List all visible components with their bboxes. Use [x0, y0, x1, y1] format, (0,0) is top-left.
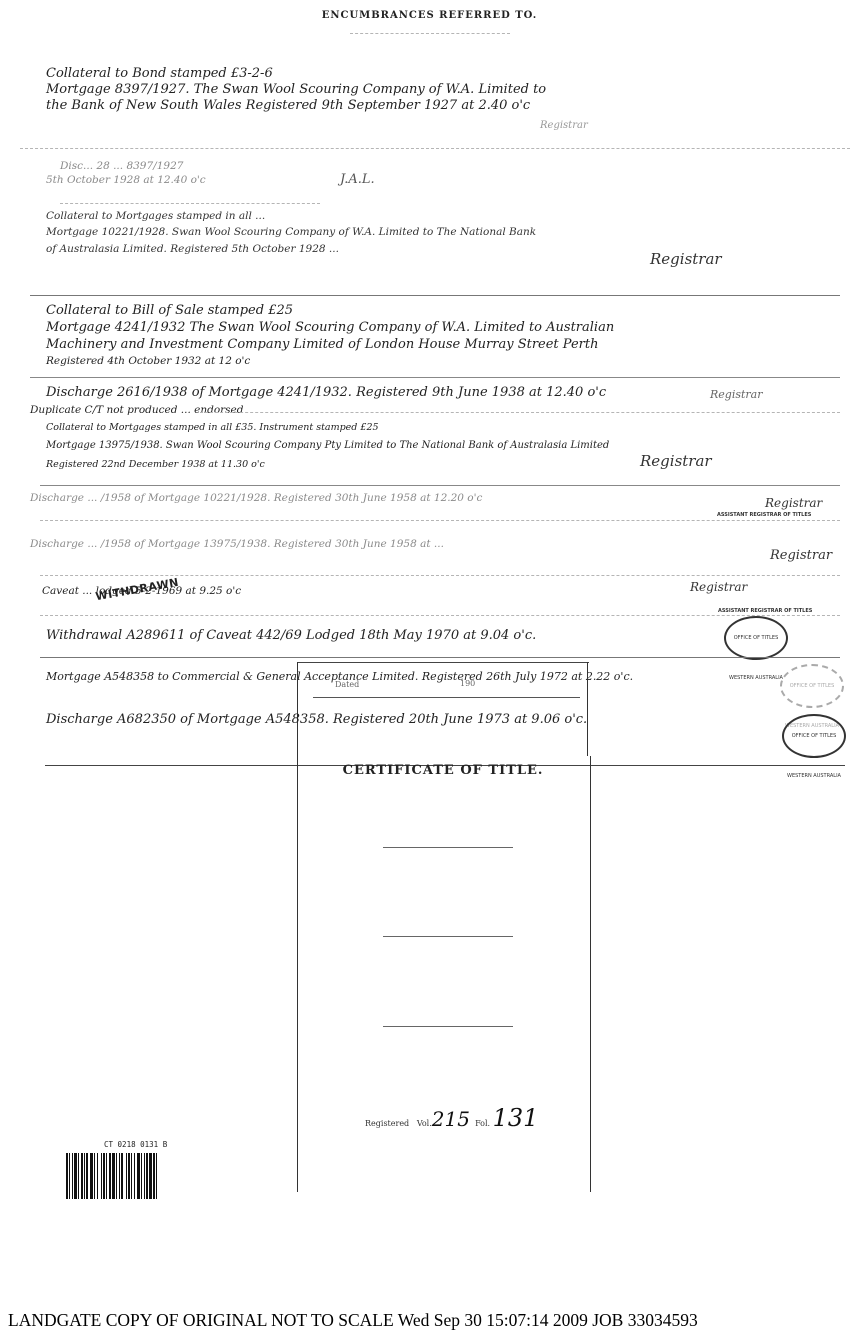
divider — [40, 520, 840, 521]
entry-2-signature: J.A.L. — [340, 172, 375, 187]
certificate-blank-line — [383, 936, 513, 937]
registered-volume-folio: Registered Vol.215 Fol. 131 — [365, 1104, 538, 1132]
entry-10-line-1: Withdrawal A289611 of Caveat 442/69 Lodg… — [46, 628, 536, 644]
entry-3-line-1: Collateral to Mortgages stamped in all .… — [46, 210, 265, 223]
entry-6-signature: Registrar — [640, 452, 712, 470]
dated-box-top — [297, 662, 589, 663]
entry-1-signature: Registrar — [540, 120, 588, 131]
entry-8-line-1: Discharge ... /1958 of Mortgage 13975/19… — [30, 538, 444, 551]
divider — [40, 615, 840, 616]
office-of-titles-seal: OFFICE OF TITLES WESTERN AUSTRALIA — [724, 616, 788, 660]
divider — [200, 412, 840, 413]
footer-text: LANDGATE COPY OF ORIGINAL NOT TO SCALE W… — [8, 1310, 698, 1331]
divider — [40, 657, 840, 658]
entry-12-line-1: Discharge A682350 of Mortgage A548358. R… — [46, 712, 587, 728]
divider — [20, 148, 850, 149]
entry-2-line-1: Disc... 28 ... 8397/1927 — [60, 160, 183, 173]
divider — [30, 295, 840, 296]
certificate-blank-line — [383, 1026, 513, 1027]
entry-7-line-1: Discharge ... /1958 of Mortgage 10221/19… — [30, 492, 482, 505]
vol-value: 215 — [432, 1107, 470, 1131]
dated-box-right — [587, 662, 588, 756]
divider — [40, 575, 840, 576]
entry-7-signature: Registrar — [765, 496, 822, 510]
entry-2-line-2: 5th October 1928 at 12.40 o'c — [46, 174, 206, 187]
entry-4-line-4: Registered 4th October 1932 at 12 o'c — [46, 355, 250, 368]
entry-3-signature: Registrar — [650, 250, 722, 268]
entry-5-signature: Registrar — [710, 388, 763, 401]
entry-6-line-3: Registered 22nd December 1938 at 11.30 o… — [46, 458, 265, 471]
certificate-blank-line — [383, 847, 513, 848]
entry-3-line-2: Mortgage 10221/1928. Swan Wool Scouring … — [46, 226, 536, 239]
fol-value: 131 — [493, 1104, 539, 1132]
entry-5-line-2: Duplicate C/T not produced ... endorsed — [30, 404, 244, 417]
dated-line — [313, 697, 580, 698]
entry-9-signature-caption: ASSISTANT REGISTRAR OF TITLES — [718, 608, 812, 614]
fol-label: Fol. — [475, 1119, 490, 1128]
withdrawn-stamp: WITHDRAWN — [95, 576, 180, 603]
divider — [40, 485, 840, 486]
vol-label: Vol. — [417, 1119, 432, 1128]
dated-year-prefix: 190 — [460, 679, 475, 688]
office-of-titles-seal: OFFICE OF TITLES WESTERN AUSTRALIA — [782, 714, 846, 758]
entry-1-line-2: Mortgage 8397/1927. The Swan Wool Scouri… — [46, 82, 546, 98]
entry-4-line-2: Mortgage 4241/1932 The Swan Wool Scourin… — [46, 320, 614, 336]
dated-box-left — [297, 662, 298, 756]
encumbrances-header: ENCUMBRANCES REFERRED TO. — [0, 10, 859, 21]
barcode-label: CT 0218 0131 B — [104, 1140, 167, 1149]
entry-1-line-1: Collateral to Bond stamped £3-2-6 — [46, 66, 273, 82]
dated-label: Dated — [335, 680, 359, 689]
entry-6-line-1: Collateral to Mortgages stamped in all £… — [46, 421, 379, 434]
divider — [60, 203, 320, 204]
entry-9-signature: Registrar — [690, 580, 747, 594]
barcode — [66, 1153, 230, 1199]
entry-7-stamp: ASSISTANT REGISTRAR OF TITLES — [717, 512, 811, 518]
entry-3-line-3: of Australasia Limited. Registered 5th O… — [46, 243, 339, 256]
entry-8-signature: Registrar — [770, 548, 832, 563]
entry-6-line-2: Mortgage 13975/1938. Swan Wool Scouring … — [46, 439, 609, 452]
certificate-title: CERTIFICATE OF TITLE. — [297, 763, 589, 778]
header-underline — [350, 33, 510, 34]
registered-label: Registered — [365, 1119, 409, 1128]
entry-5-line-1: Discharge 2616/1938 of Mortgage 4241/193… — [46, 385, 606, 401]
entry-1-line-3: the Bank of New South Wales Registered 9… — [46, 98, 530, 114]
office-of-titles-seal-faint: OFFICE OF TITLES WESTERN AUSTRALIA — [780, 664, 844, 708]
entry-4-line-3: Machinery and Investment Company Limited… — [46, 337, 598, 353]
divider — [30, 377, 840, 378]
entry-4-line-1: Collateral to Bill of Sale stamped £25 — [46, 303, 293, 319]
